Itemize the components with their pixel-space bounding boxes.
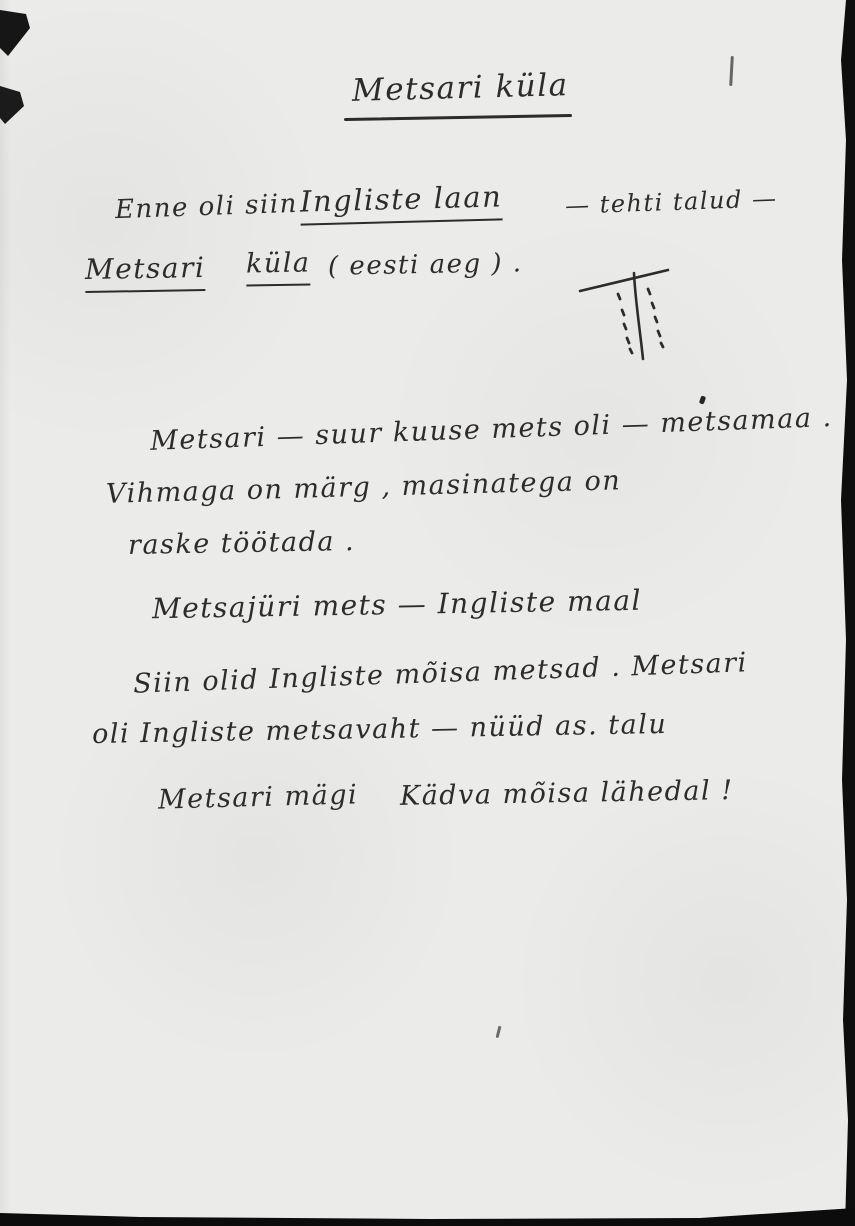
scanned-handwritten-page: Metsari küla Enne oli siin Ingliste laan… [0, 0, 855, 1226]
stray-ink-dot [699, 395, 706, 404]
line4-part2: Kädva mõisa lähedal ! [400, 775, 734, 812]
right-scan-edge [837, 0, 855, 1226]
line2-word2: küla [246, 247, 311, 279]
stray-pen-tick [729, 56, 733, 86]
line2-post: ( eesti aeg ) . [328, 248, 523, 281]
stray-comma-mark [496, 1026, 502, 1038]
line2-word1: Metsari [85, 251, 206, 286]
para1-line2: Vihmaga on märg , masinatega on [106, 465, 622, 509]
line1-post: — tehti talud — [565, 184, 778, 219]
line3: Metsajüri mets — Ingliste maal [152, 584, 642, 626]
line1-pre: Enne oli siin [115, 189, 299, 225]
para1-line1: Metsari — suur kuuse mets oli — metsamaa… [150, 402, 833, 457]
t-shaped-road-sketch-icon [572, 258, 692, 373]
line4-part1: Metsari mägi [158, 779, 359, 815]
para2-line1: Siin olid Ingliste mõisa metsad . Metsar… [133, 647, 749, 699]
bottom-scan-edge [0, 1206, 855, 1226]
para1-line3: raske töötada . [128, 526, 356, 561]
left-edge-marks [0, 0, 40, 140]
title-underline [344, 114, 572, 120]
para2-line2: oli Ingliste metsavaht — nüüd as. talu [92, 709, 668, 750]
page-title: Metsari küla [352, 67, 570, 109]
line1-underlined: Ingliste laan [300, 179, 503, 218]
